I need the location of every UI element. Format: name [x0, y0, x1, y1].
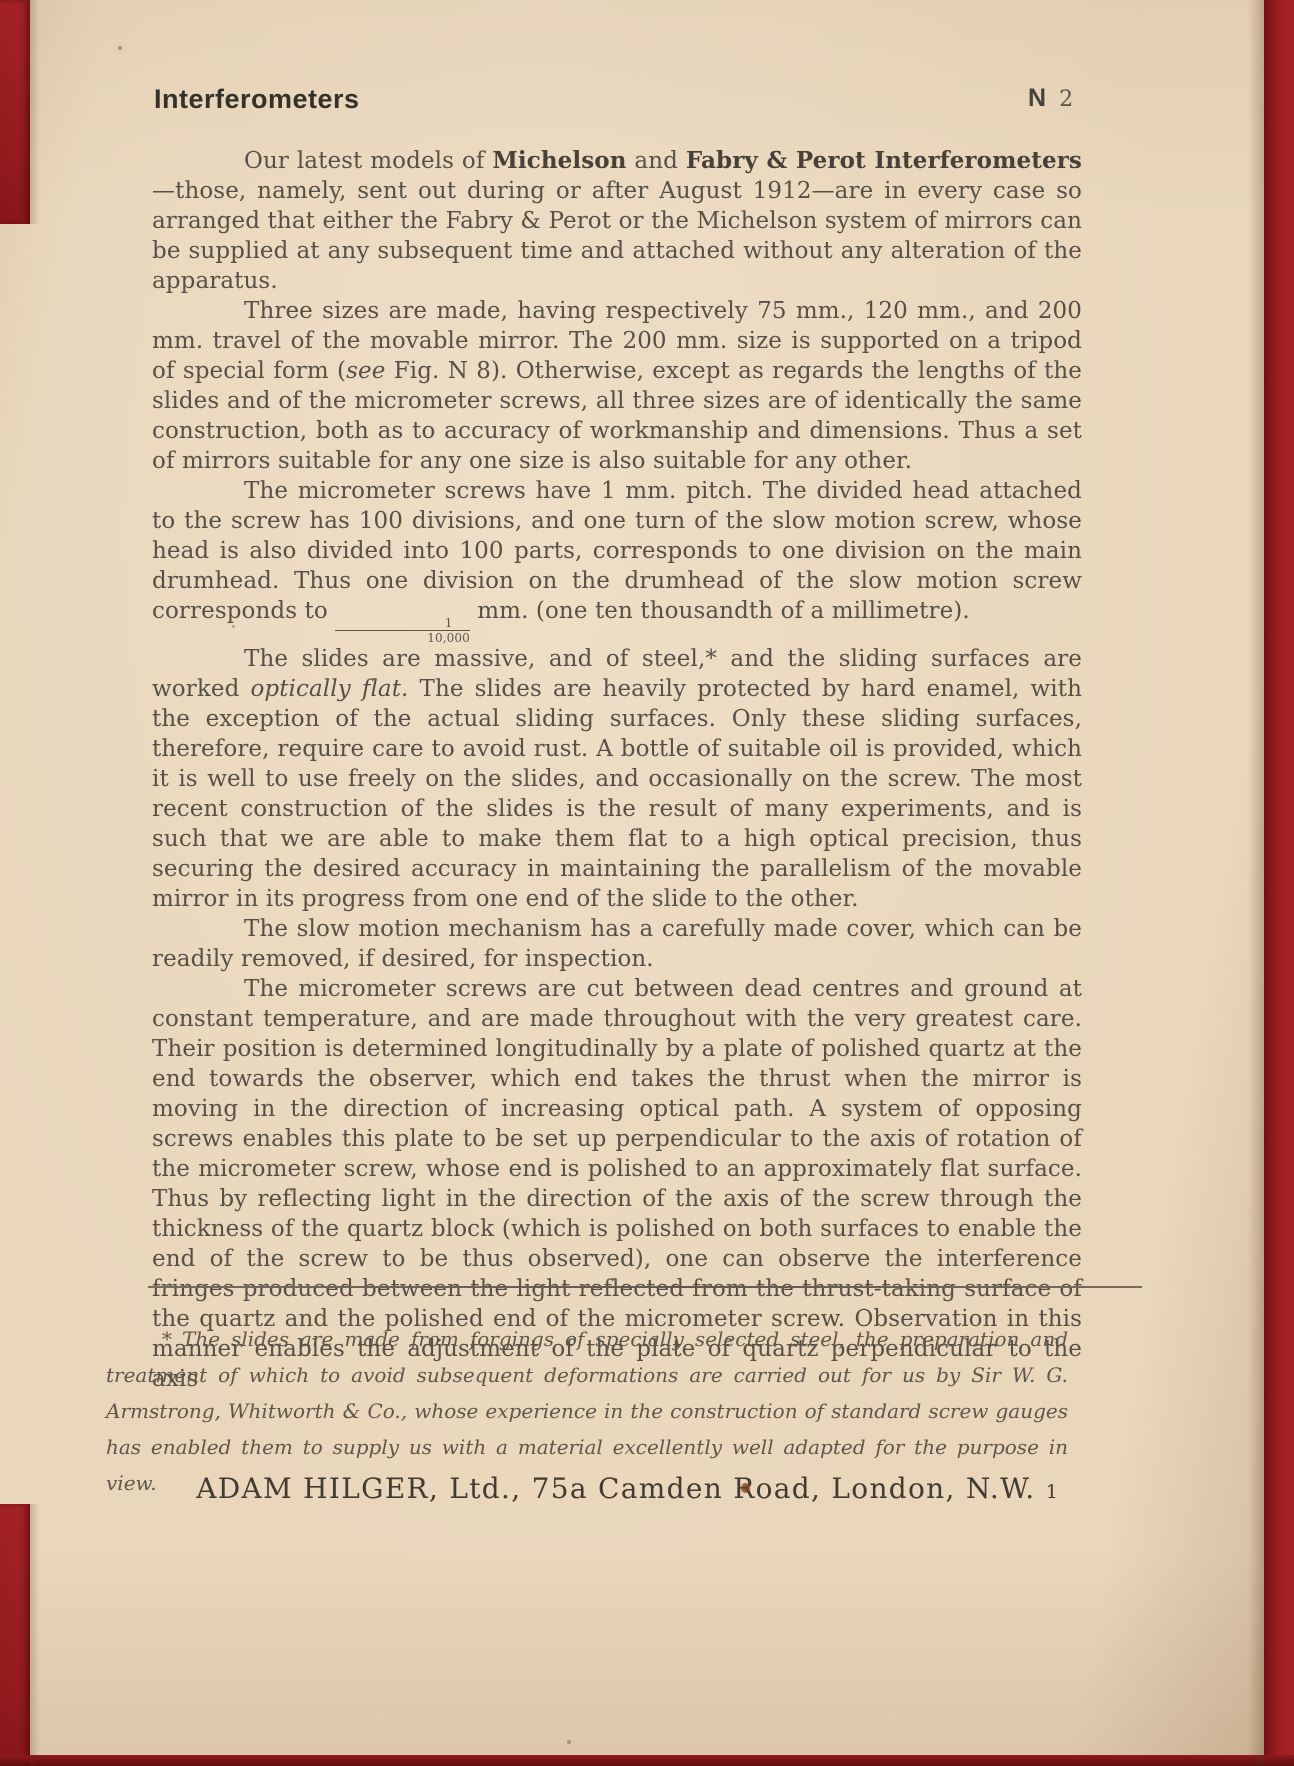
text-run: The slow motion mechanism has a carefull… [152, 916, 1082, 972]
paragraph: The micrometer screws have 1 mm. pitch. … [152, 476, 1082, 644]
emphasis-italic: see [346, 358, 385, 384]
imprint-text: ADAM HILGER, Ltd., 75a Camden Road, Lond… [196, 1472, 1035, 1505]
publisher-imprint: ADAM HILGER, Ltd., 75a Camden Road, Lond… [162, 1472, 1092, 1505]
paragraph: The slow motion mechanism has a carefull… [152, 914, 1082, 974]
text-run: —those, namely, sent out during or after… [152, 178, 1082, 294]
paragraph: The slides are massive, and of steel,* a… [152, 644, 1082, 914]
paper-speck [118, 46, 122, 50]
text-run: and [627, 148, 686, 174]
paragraph: Our latest models of Michelson and Fabry… [152, 146, 1082, 296]
page-number: 2 [1046, 87, 1073, 112]
emphasis-bold: Michelson [492, 147, 626, 174]
footnote-marker: * [162, 1327, 182, 1351]
page-edge-shadow-left-top [30, 0, 40, 224]
page-edge-shadow-right [1248, 0, 1264, 1766]
red-backing-strip-left-bottom [0, 1504, 30, 1766]
footnote-rule [148, 1286, 1142, 1288]
emphasis-italic: optically flat. [250, 676, 408, 702]
scanned-catalogue-page: Interferometers N2 Our latest models of … [0, 0, 1294, 1766]
text-run: The slides are heavily protected by hard… [152, 676, 1082, 912]
page-reference: N2 [1028, 84, 1073, 113]
text-run: mm. (one ten thousandth of a millimetre)… [470, 598, 970, 624]
paragraph: Three sizes are made, having respectivel… [152, 296, 1082, 476]
page-edge-shadow-left-bottom [30, 1504, 40, 1766]
red-backing-strip-bottom [0, 1755, 1294, 1766]
emphasis-bold: Fabry & Perot Interferometers [686, 147, 1082, 174]
red-backing-strip-right [1264, 0, 1294, 1766]
paper-speck [567, 1740, 571, 1744]
stacked-fraction: 110,000 [335, 617, 470, 644]
footnote-text: The slides are made from forgings of spe… [106, 1327, 1068, 1495]
imprint-page-suffix: 1 [1046, 1481, 1058, 1503]
body-text: Our latest models of Michelson and Fabry… [152, 146, 1082, 1394]
text-run: Our latest models of [244, 148, 492, 174]
section-letter: N [1028, 84, 1046, 112]
page-title: Interferometers [154, 84, 360, 115]
paper-speck [232, 625, 235, 628]
red-backing-strip-left-top [0, 0, 30, 224]
paper-stain [741, 1483, 750, 1493]
